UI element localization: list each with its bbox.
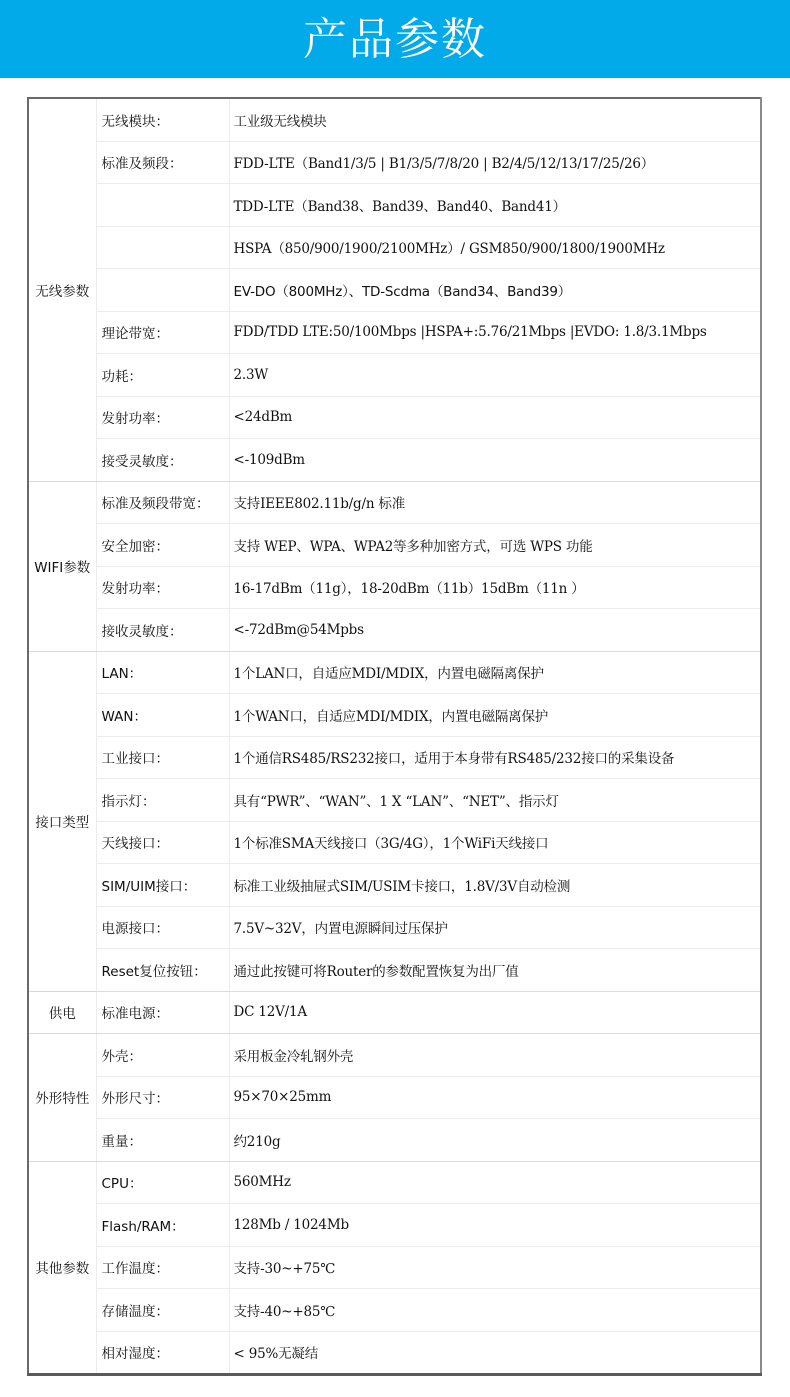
spec-label: 外形尺寸： bbox=[96, 1076, 229, 1119]
spec-label bbox=[96, 184, 229, 227]
spec-label bbox=[96, 226, 229, 269]
table-row: 外形特性 外壳： 采用板金冷轧钢外壳 bbox=[28, 1034, 761, 1077]
group-label-interfaces: 接口类型 bbox=[28, 651, 96, 991]
spec-value: 1个标准SMA天线接口（3G/4G），1个WiFi天线接口 bbox=[229, 821, 761, 864]
spec-value: 采用板金冷轧钢外壳 bbox=[229, 1034, 761, 1077]
group-label-physical: 外形特性 bbox=[28, 1034, 96, 1162]
spec-value: TDD-LTE（Band38、Band39、Band40、Band41） bbox=[229, 184, 761, 227]
table-row: 供电 标准电源： DC 12V/1A bbox=[28, 991, 761, 1034]
spec-label: WAN： bbox=[96, 694, 229, 737]
spec-label bbox=[96, 269, 229, 312]
spec-value: 1个WAN口，自适应MDI/MDIX，内置电磁隔离保护 bbox=[229, 694, 761, 737]
spec-label: 标准及频段带宽： bbox=[96, 481, 229, 524]
group-label-wireless: 无线参数 bbox=[28, 98, 96, 481]
table-row: EV-DO（800MHz）、TD-Scdma（Band34、Band39） bbox=[28, 269, 761, 312]
spec-value: 通过此按键可将Router的参数配置恢复为出厂值 bbox=[229, 949, 761, 992]
spec-value: 支持IEEE802.11b/g/n 标准 bbox=[229, 481, 761, 524]
table-row: WIFI参数 标准及频段带宽： 支持IEEE802.11b/g/n 标准 bbox=[28, 481, 761, 524]
spec-label: 存储温度： bbox=[96, 1289, 229, 1332]
spec-value: 1个通信RS485/RS232接口，适用于本身带有RS485/232接口的采集设… bbox=[229, 736, 761, 779]
spec-label: 功耗： bbox=[96, 354, 229, 397]
spec-label: 电源接口： bbox=[96, 906, 229, 949]
table-row: Flash/RAM： 128Mb / 1024Mb bbox=[28, 1204, 761, 1247]
spec-value: 具有“PWR”、“WAN”、1 X “LAN”、“NET”、指示灯 bbox=[229, 779, 761, 822]
table-row: TDD-LTE（Band38、Band39、Band40、Band41） bbox=[28, 184, 761, 227]
table-row: SIM/UIM接口： 标准工业级抽屉式SIM/USIM卡接口，1.8V/3V自动… bbox=[28, 864, 761, 907]
spec-value: 支持-30~+75℃ bbox=[229, 1246, 761, 1289]
spec-value: 约210g bbox=[229, 1119, 761, 1162]
spec-label: 标准电源： bbox=[96, 991, 229, 1034]
spec-value: FDD/TDD LTE:50/100Mbps |HSPA+:5.76/21Mbp… bbox=[229, 311, 761, 354]
spec-label: 工作温度： bbox=[96, 1246, 229, 1289]
spec-value: FDD-LTE（Band1/3/5 | B1/3/5/7/8/20 | B2/4… bbox=[229, 141, 761, 184]
table-row: 相对湿度： < 95%无凝结 bbox=[28, 1331, 761, 1375]
spec-label: CPU： bbox=[96, 1161, 229, 1204]
spec-value: 95×70×25mm bbox=[229, 1076, 761, 1119]
spec-label: 接受灵敏度： bbox=[96, 439, 229, 482]
spec-value: 工业级无线模块 bbox=[229, 98, 761, 141]
spec-label: 重量： bbox=[96, 1119, 229, 1162]
spec-label: 无线模块： bbox=[96, 98, 229, 141]
table-row: Reset复位按钮： 通过此按键可将Router的参数配置恢复为出厂值 bbox=[28, 949, 761, 992]
table-row: 接收灵敏度： <-72dBm@54Mpbs bbox=[28, 609, 761, 652]
table-row: WAN： 1个WAN口，自适应MDI/MDIX，内置电磁隔离保护 bbox=[28, 694, 761, 737]
spec-label: 指示灯： bbox=[96, 779, 229, 822]
spec-value: 7.5V~32V，内置电源瞬间过压保护 bbox=[229, 906, 761, 949]
spec-value: 支持-40~+85℃ bbox=[229, 1289, 761, 1332]
spec-label: 安全加密： bbox=[96, 524, 229, 567]
table-row: 外形尺寸： 95×70×25mm bbox=[28, 1076, 761, 1119]
table-row: 发射功率： <24dBm bbox=[28, 396, 761, 439]
table-row: 存储温度： 支持-40~+85℃ bbox=[28, 1289, 761, 1332]
header-banner: 产品参数 bbox=[0, 0, 790, 78]
table-row: 无线参数 无线模块： 工业级无线模块 bbox=[28, 98, 761, 141]
group-label-other: 其他参数 bbox=[28, 1161, 96, 1375]
group-label-wifi: WIFI参数 bbox=[28, 481, 96, 651]
spec-value: <-109dBm bbox=[229, 439, 761, 482]
table-row: 其他参数 CPU： 560MHz bbox=[28, 1161, 761, 1204]
table-row: 接口类型 LAN： 1个LAN口，自适应MDI/MDIX，内置电磁隔离保护 bbox=[28, 651, 761, 694]
spec-value: <-72dBm@54Mpbs bbox=[229, 609, 761, 652]
spec-value: DC 12V/1A bbox=[229, 991, 761, 1034]
spec-value: 标准工业级抽屉式SIM/USIM卡接口，1.8V/3V自动检测 bbox=[229, 864, 761, 907]
table-row: 工业接口： 1个通信RS485/RS232接口，适用于本身带有RS485/232… bbox=[28, 736, 761, 779]
table-row: HSPA（850/900/1900/2100MHz）/ GSM850/900/1… bbox=[28, 226, 761, 269]
spec-label: Flash/RAM： bbox=[96, 1204, 229, 1247]
spec-label: 外壳： bbox=[96, 1034, 229, 1077]
table-row: 重量： 约210g bbox=[28, 1119, 761, 1162]
spec-value: <24dBm bbox=[229, 396, 761, 439]
spec-label: 天线接口： bbox=[96, 821, 229, 864]
spec-label: 标准及频段： bbox=[96, 141, 229, 184]
table-row: 指示灯： 具有“PWR”、“WAN”、1 X “LAN”、“NET”、指示灯 bbox=[28, 779, 761, 822]
spec-label: 相对湿度： bbox=[96, 1331, 229, 1375]
table-row: 天线接口： 1个标准SMA天线接口（3G/4G），1个WiFi天线接口 bbox=[28, 821, 761, 864]
table-row: 电源接口： 7.5V~32V，内置电源瞬间过压保护 bbox=[28, 906, 761, 949]
table-row: 发射功率： 16-17dBm（11g），18-20dBm（11b）15dBm（1… bbox=[28, 566, 761, 609]
spec-label: 发射功率： bbox=[96, 396, 229, 439]
spec-value: 1个LAN口，自适应MDI/MDIX，内置电磁隔离保护 bbox=[229, 651, 761, 694]
table-row: 接受灵敏度： <-109dBm bbox=[28, 439, 761, 482]
table-row: 功耗： 2.3W bbox=[28, 354, 761, 397]
page-title: 产品参数 bbox=[303, 18, 487, 62]
spec-label: 工业接口： bbox=[96, 736, 229, 779]
table-row: 安全加密： 支持 WEP、WPA、WPA2等多种加密方式，可选 WPS 功能 bbox=[28, 524, 761, 567]
table-row: 理论带宽： FDD/TDD LTE:50/100Mbps |HSPA+:5.76… bbox=[28, 311, 761, 354]
spec-label: LAN： bbox=[96, 651, 229, 694]
spec-label: 接收灵敏度： bbox=[96, 609, 229, 652]
spec-table: 无线参数 无线模块： 工业级无线模块 标准及频段： FDD-LTE（Band1/… bbox=[27, 97, 762, 1376]
spec-value: EV-DO（800MHz）、TD-Scdma（Band34、Band39） bbox=[229, 269, 761, 312]
spec-value: < 95%无凝结 bbox=[229, 1331, 761, 1375]
spec-value: 16-17dBm（11g），18-20dBm（11b）15dBm（11n ） bbox=[229, 566, 761, 609]
spec-label: 发射功率： bbox=[96, 566, 229, 609]
spec-label: SIM/UIM接口： bbox=[96, 864, 229, 907]
spec-value: 支持 WEP、WPA、WPA2等多种加密方式，可选 WPS 功能 bbox=[229, 524, 761, 567]
table-row: 工作温度： 支持-30~+75℃ bbox=[28, 1246, 761, 1289]
group-label-power: 供电 bbox=[28, 991, 96, 1034]
spec-label: 理论带宽： bbox=[96, 311, 229, 354]
spec-value: 2.3W bbox=[229, 354, 761, 397]
spec-value: HSPA（850/900/1900/2100MHz）/ GSM850/900/1… bbox=[229, 226, 761, 269]
spec-value: 128Mb / 1024Mb bbox=[229, 1204, 761, 1247]
spec-label: Reset复位按钮： bbox=[96, 949, 229, 992]
table-row: 标准及频段： FDD-LTE（Band1/3/5 | B1/3/5/7/8/20… bbox=[28, 141, 761, 184]
spec-value: 560MHz bbox=[229, 1161, 761, 1204]
